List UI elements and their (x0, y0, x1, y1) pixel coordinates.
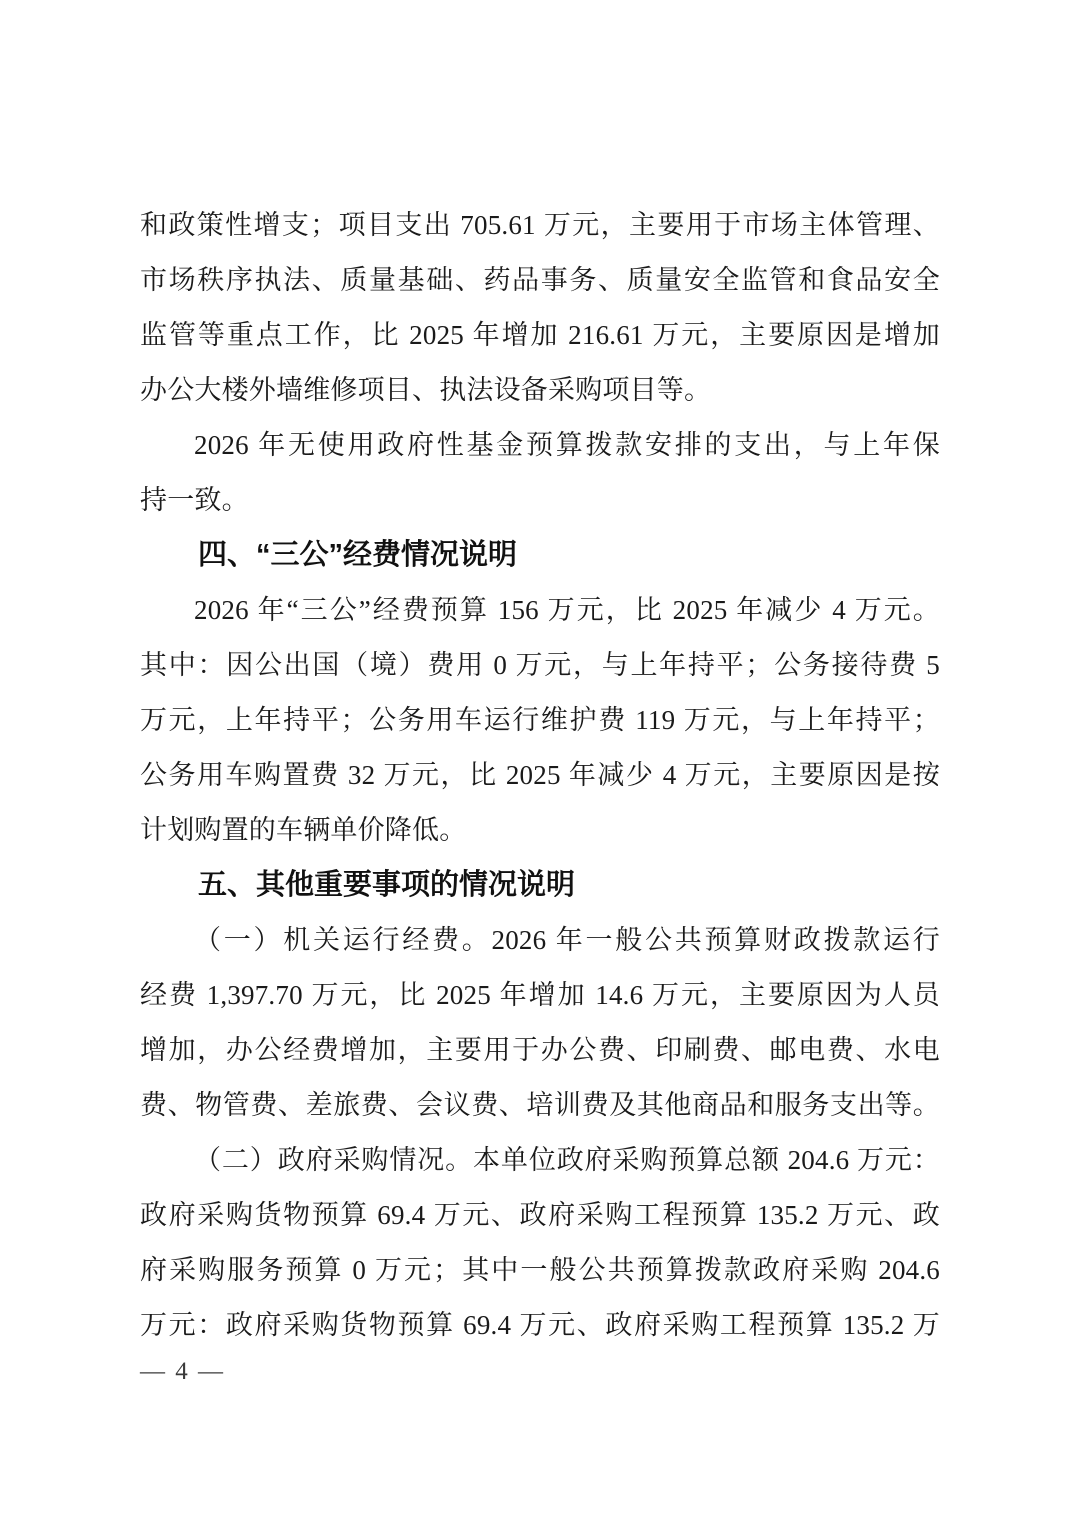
document-body: 和政策性增支；项目支出 705.61 万元，主要用于市场主体管理、 市场秩序执法… (140, 198, 940, 1353)
body-line: 政府采购货物预算 69.4 万元、政府采购工程预算 135.2 万元、政 (140, 1188, 940, 1243)
body-line: （一）机关运行经费。2026 年一般公共预算财政拨款运行 (140, 913, 940, 968)
body-line: 市场秩序执法、质量基础、药品事务、质量安全监管和食品安全 (140, 253, 940, 308)
body-line: 万元，上年持平；公务用车运行维护费 119 万元，与上年持平； (140, 693, 940, 748)
body-line: 其中：因公出国（境）费用 0 万元，与上年持平；公务接待费 5 (140, 638, 940, 693)
body-line: 和政策性增支；项目支出 705.61 万元，主要用于市场主体管理、 (140, 198, 940, 253)
page-number: — 4 — (140, 1352, 225, 1392)
body-line: 计划购置的车辆单价降低。 (140, 803, 940, 858)
para-project-expenditure-continued: 和政策性增支；项目支出 705.61 万元，主要用于市场主体管理、 市场秩序执法… (140, 198, 940, 418)
para-government-procurement: （二）政府采购情况。本单位政府采购预算总额 204.6 万元： 政府采购货物预算… (140, 1133, 940, 1353)
section-heading-four: 四、“三公”经费情况说明 (140, 528, 940, 583)
body-line: 公务用车购置费 32 万元，比 2025 年减少 4 万元，主要原因是按 (140, 748, 940, 803)
para-agency-operating-funds: （一）机关运行经费。2026 年一般公共预算财政拨款运行 经费 1,397.70… (140, 913, 940, 1133)
body-line: 经费 1,397.70 万元，比 2025 年增加 14.6 万元，主要原因为人… (140, 968, 940, 1023)
body-line: 府采购服务预算 0 万元；其中一般公共预算拨款政府采购 204.6 (140, 1243, 940, 1298)
body-line: 监管等重点工作，比 2025 年增加 216.61 万元，主要原因是增加 (140, 308, 940, 363)
para-government-fund-budget: 2026 年无使用政府性基金预算拨款安排的支出，与上年保 持一致。 (140, 418, 940, 528)
body-line: （二）政府采购情况。本单位政府采购预算总额 204.6 万元： (140, 1133, 940, 1188)
section-heading-five: 五、其他重要事项的情况说明 (140, 858, 940, 913)
body-line: 持一致。 (140, 473, 940, 528)
body-line: 办公大楼外墙维修项目、执法设备采购项目等。 (140, 363, 940, 418)
document-page: 和政策性增支；项目支出 705.61 万元，主要用于市场主体管理、 市场秩序执法… (0, 0, 1074, 1520)
body-line: 万元：政府采购货物预算 69.4 万元、政府采购工程预算 135.2 万 (140, 1298, 940, 1353)
para-three-public-expenses: 2026 年“三公”经费预算 156 万元，比 2025 年减少 4 万元。 其… (140, 583, 940, 858)
body-line: 2026 年无使用政府性基金预算拨款安排的支出，与上年保 (140, 418, 940, 473)
body-line: 2026 年“三公”经费预算 156 万元，比 2025 年减少 4 万元。 (140, 583, 940, 638)
body-line: 增加，办公经费增加，主要用于办公费、印刷费、邮电费、水电 (140, 1023, 940, 1078)
body-line: 费、物管费、差旅费、会议费、培训费及其他商品和服务支出等。 (140, 1078, 940, 1133)
